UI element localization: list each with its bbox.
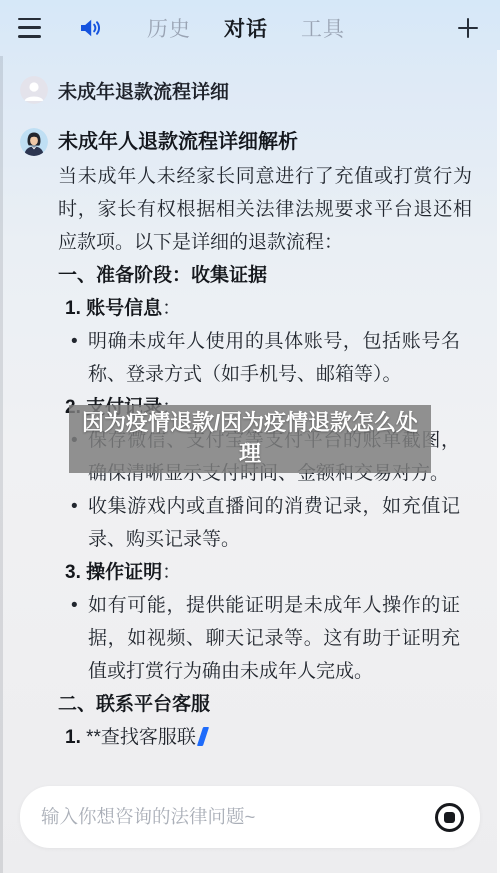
page-edge-left (0, 56, 3, 873)
typing-line: 1. **查找客服联 (58, 721, 472, 754)
assistant-avatar (20, 128, 48, 156)
plus-glyph (455, 15, 481, 41)
assistant-message-title: 未成年人退款流程详细解析 (58, 128, 472, 156)
section-heading: 二、联系平台客服 (58, 688, 472, 721)
numbered-item: 3. 操作证明： (58, 556, 472, 589)
assistant-avatar-image (20, 128, 48, 156)
menu-icon[interactable] (18, 17, 44, 39)
user-message-row: 未成年退款流程详细 (20, 76, 472, 104)
bullet-item: •如有可能，提供能证明是未成年人操作的证据，如视频、聊天记录等。这有助于证明充值… (58, 589, 472, 688)
top-bar: 历史 对话 工具 (0, 0, 500, 55)
tab-dialogue[interactable]: 对话 (224, 13, 268, 43)
tab-bar: 历史 对话 工具 (147, 0, 345, 55)
user-message-text: 未成年退款流程详细 (58, 77, 229, 104)
assistant-paragraph: 当未成年人未经家长同意进行了充值或打赏行为时，家长有权根据相关法律法规要求平台退… (58, 160, 472, 259)
bullet-item: •明确未成年人使用的具体账号，包括账号名称、登录方式（如手机号、邮箱等）。 (58, 325, 472, 391)
watermark-caption: 因为疫情退款/因为疫情退款怎么处理 (69, 405, 431, 473)
tab-history[interactable]: 历史 (147, 13, 191, 43)
typing-cursor (197, 727, 209, 746)
bullet-item: •收集游戏内或直播间的消费记录，如充值记录、购买记录等。 (58, 490, 472, 556)
section-heading: 一、准备阶段：收集证据 (58, 259, 472, 292)
numbered-item: 1. 账号信息： (58, 292, 472, 325)
stop-square (444, 812, 455, 823)
question-input[interactable] (39, 805, 435, 829)
tab-tools[interactable]: 工具 (301, 13, 345, 43)
stop-generating-icon[interactable] (435, 803, 464, 832)
user-avatar (20, 76, 48, 104)
speaker-icon[interactable] (76, 15, 104, 41)
person-icon (20, 76, 48, 104)
plus-icon[interactable] (454, 14, 482, 42)
volume-up-glyph (77, 16, 103, 40)
message-composer (20, 786, 480, 848)
